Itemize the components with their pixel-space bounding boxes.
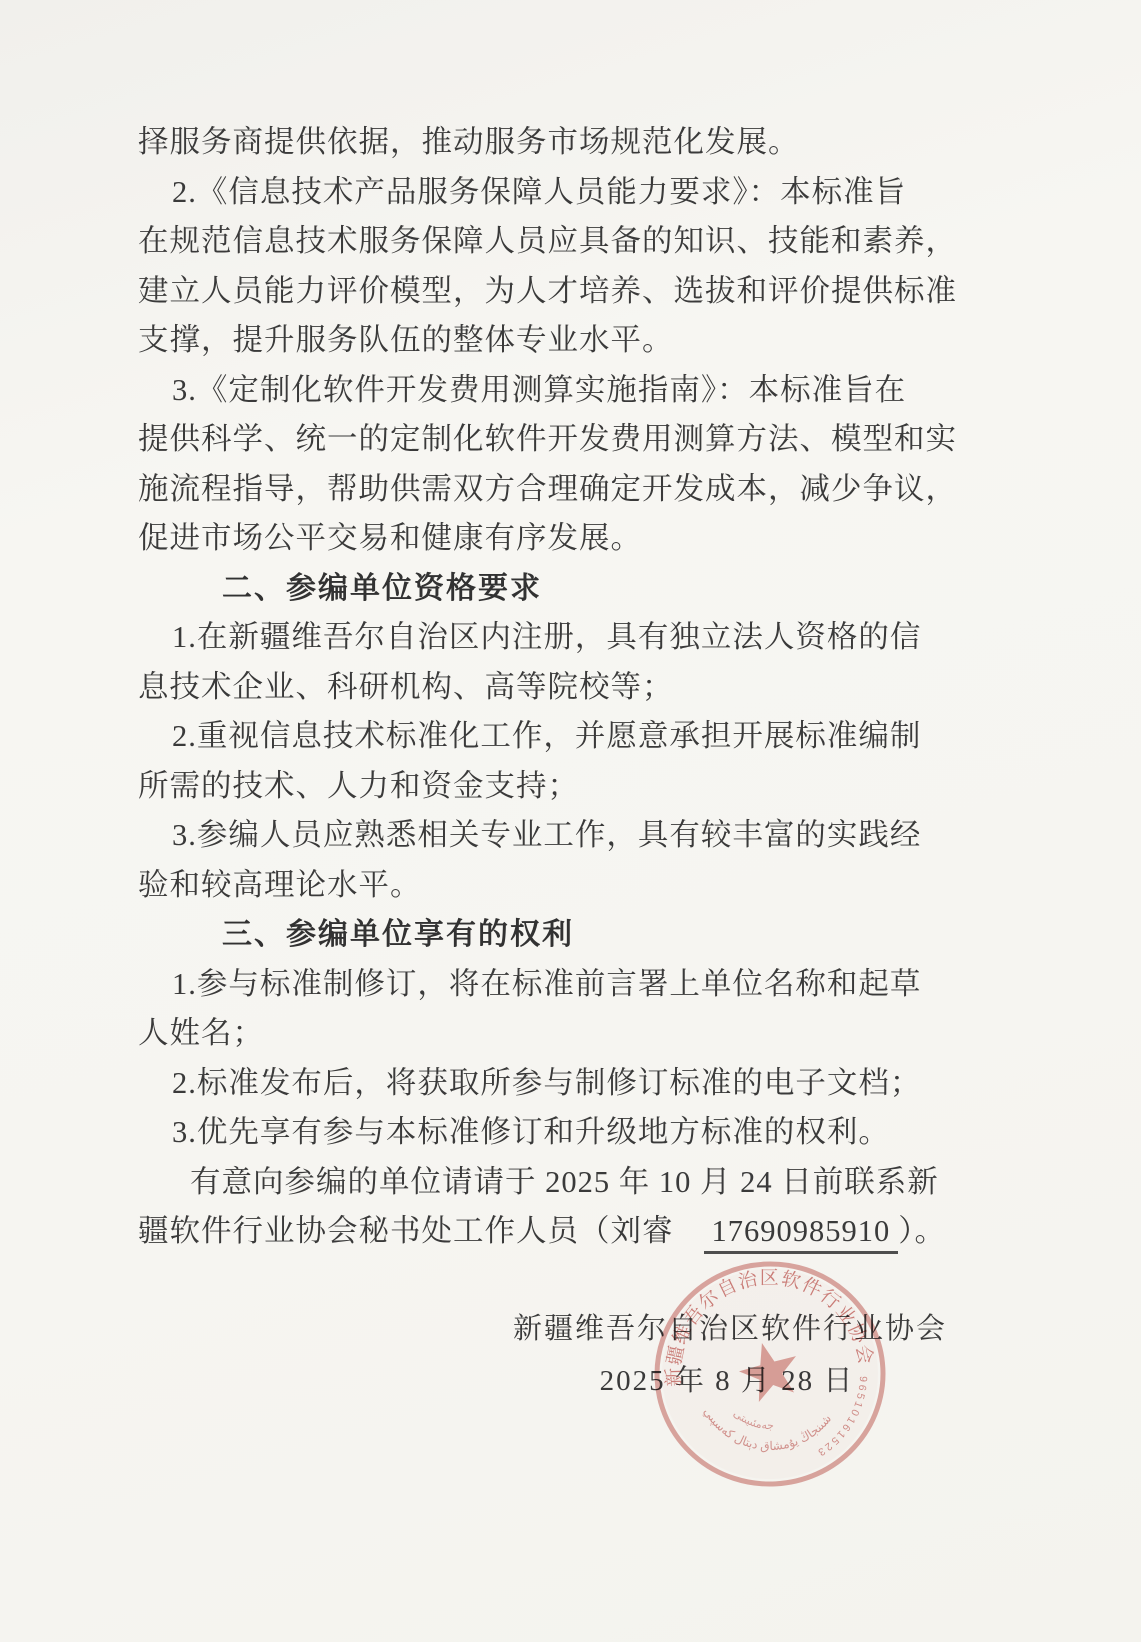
text-line: 支撑，提升服务队伍的整体专业水平。 — [138, 316, 953, 366]
text-line: 3.参编人员应熟悉相关专业工作，具有较丰富的实践经 — [138, 811, 953, 861]
text-segment: ）。 — [898, 1214, 946, 1248]
document-page: 择服务商提供依据，推动服务市场规范化发展。2.《信息技术产品服务保障人员能力要求… — [0, 0, 1141, 1642]
text-line: 促进市场公平交易和健康有序发展。 — [138, 514, 953, 564]
section-heading: 三、参编单位享有的权利 — [138, 910, 953, 960]
text-line: 3.《定制化软件开发费用测算实施指南》：本标准旨在 — [138, 366, 953, 416]
text-line: 施流程指导，帮助供需双方合理确定开发成本，减少争议， — [138, 465, 953, 515]
text-line: 1.在新疆维吾尔自治区内注册，具有独立法人资格的信 — [138, 613, 953, 663]
signature-block: 新疆维吾尔自治区软件行业协会 2025 年 8 月 28 日 — [0, 1306, 1141, 1426]
text-line: 2.标准发布后，将获取所参与制修订标准的电子文档； — [138, 1059, 953, 1109]
text-segment: 疆软件行业协会秘书处工作人员（刘睿 — [138, 1214, 674, 1248]
text-line: 在规范信息技术服务保障人员应具备的知识、技能和素养， — [138, 217, 953, 267]
text-line: 2.重视信息技术标准化工作，并愿意承担开展标准编制 — [138, 712, 953, 762]
text-line: 人姓名； — [138, 1009, 953, 1059]
document-body: 择服务商提供依据，推动服务市场规范化发展。2.《信息技术产品服务保障人员能力要求… — [138, 118, 953, 1257]
text-line: 有意向参编的单位请请于 2025 年 10 月 24 日前联系新 — [138, 1158, 953, 1208]
text-line: 建立人员能力评价模型，为人才培养、选拔和评价提供标准 — [138, 267, 953, 317]
section-heading: 二、参编单位资格要求 — [138, 564, 953, 614]
text-line: 所需的技术、人力和资金支持； — [138, 762, 953, 812]
text-line: 验和较高理论水平。 — [138, 861, 953, 911]
text-line: 择服务商提供依据，推动服务市场规范化发展。 — [138, 118, 953, 168]
text-line: 息技术企业、科研机构、高等院校等； — [138, 663, 953, 713]
text-line: 1.参与标准制修订，将在标准前言署上单位名称和起草 — [138, 960, 953, 1010]
text-line: 2.《信息技术产品服务保障人员能力要求》：本标准旨 — [138, 168, 953, 218]
official-seal-stamp: 新疆维吾尔自治区软件行业协会 96510161523 شىنجاڭ يۇمشاق… — [631, 1245, 909, 1503]
text-line: 3.优先享有参与本标准修订和升级地方标准的权利。 — [138, 1108, 953, 1158]
text-line: 提供科学、统一的定制化软件开发费用测算方法、模型和实 — [138, 415, 953, 465]
